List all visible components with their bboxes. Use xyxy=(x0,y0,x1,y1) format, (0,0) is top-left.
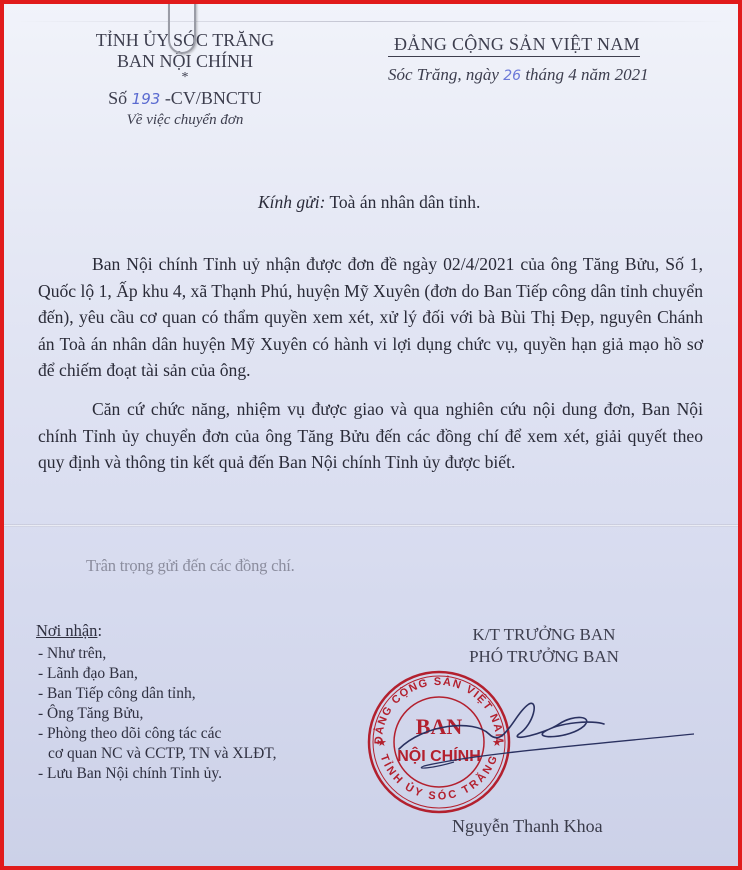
paper-crease xyxy=(4,524,738,527)
date-prefix: Sóc Trăng, ngày xyxy=(388,65,499,84)
recipients-title-colon: : xyxy=(97,621,102,641)
letter-body: Ban Nội chính Tỉnh uỷ nhận được đơn đề n… xyxy=(38,251,703,488)
recipient-item: - Ông Tăng Bửu, xyxy=(36,704,276,724)
recipient-item-continuation: cơ quan NC và CCTP, TN và XLĐT, xyxy=(36,744,276,764)
document-subject: Về việc chuyển đơn xyxy=(60,110,310,130)
doc-number-prefix: Số xyxy=(108,88,127,108)
addressee-line: Kính gửi: Toà án nhân dân tỉnh. xyxy=(258,192,480,213)
doc-number-suffix: -CV/BNCTU xyxy=(165,88,262,108)
party-name: ĐẢNG CỘNG SẢN VIỆT NAM xyxy=(388,34,640,57)
signature-title-line-1: K/T TRƯỞNG BAN xyxy=(434,624,654,646)
recipient-item: - Như trên, xyxy=(36,644,276,664)
paperclip-icon xyxy=(168,4,196,54)
recipients-list: Nơi nhận: - Như trên, - Lãnh đạo Ban, - … xyxy=(36,621,276,784)
document-page: TỈNH ỦY SÓC TRĂNG BAN NỘI CHÍNH * Số 193… xyxy=(4,4,738,866)
recipients-title: Nơi nhận: xyxy=(36,621,276,641)
recipient-item: - Ban Tiếp công dân tỉnh, xyxy=(36,684,276,704)
star-icon: ★ xyxy=(377,736,387,749)
recipient-item: - Lưu Ban Nội chính Tỉnh ủy. xyxy=(36,764,276,784)
body-paragraph: Căn cứ chức năng, nhiệm vụ được giao và … xyxy=(38,396,703,476)
org-line-2: BAN NỘI CHÍNH xyxy=(60,51,310,72)
paper-fold-line xyxy=(14,21,728,22)
signature-title-block: K/T TRƯỞNG BAN PHÓ TRƯỞNG BAN xyxy=(434,624,654,668)
date-line: Sóc Trăng, ngày 26 tháng 4 năm 2021 xyxy=(388,65,698,85)
addressee-value: Toà án nhân dân tỉnh. xyxy=(329,192,480,212)
document-number: Số 193 -CV/BNCTU xyxy=(60,88,310,110)
party-header: ĐẢNG CỘNG SẢN VIỆT NAM Sóc Trăng, ngày 2… xyxy=(388,34,698,85)
signer-name: Nguyễn Thanh Khoa xyxy=(452,816,603,837)
recipient-item: - Lãnh đạo Ban, xyxy=(36,664,276,684)
closing-line: Trân trọng gửi đến các đồng chí. xyxy=(86,556,295,576)
addressee-label: Kính gửi: xyxy=(258,192,325,212)
doc-number-handwritten: 193 xyxy=(132,90,161,108)
body-paragraph: Ban Nội chính Tỉnh uỷ nhận được đơn đề n… xyxy=(38,251,703,384)
date-suffix: tháng 4 năm 2021 xyxy=(525,65,648,84)
handwritten-signature xyxy=(394,694,694,774)
recipient-item: - Phòng theo dõi công tác các xyxy=(36,724,276,744)
star-divider: * xyxy=(60,72,310,84)
date-day-handwritten: 26 xyxy=(503,68,521,84)
